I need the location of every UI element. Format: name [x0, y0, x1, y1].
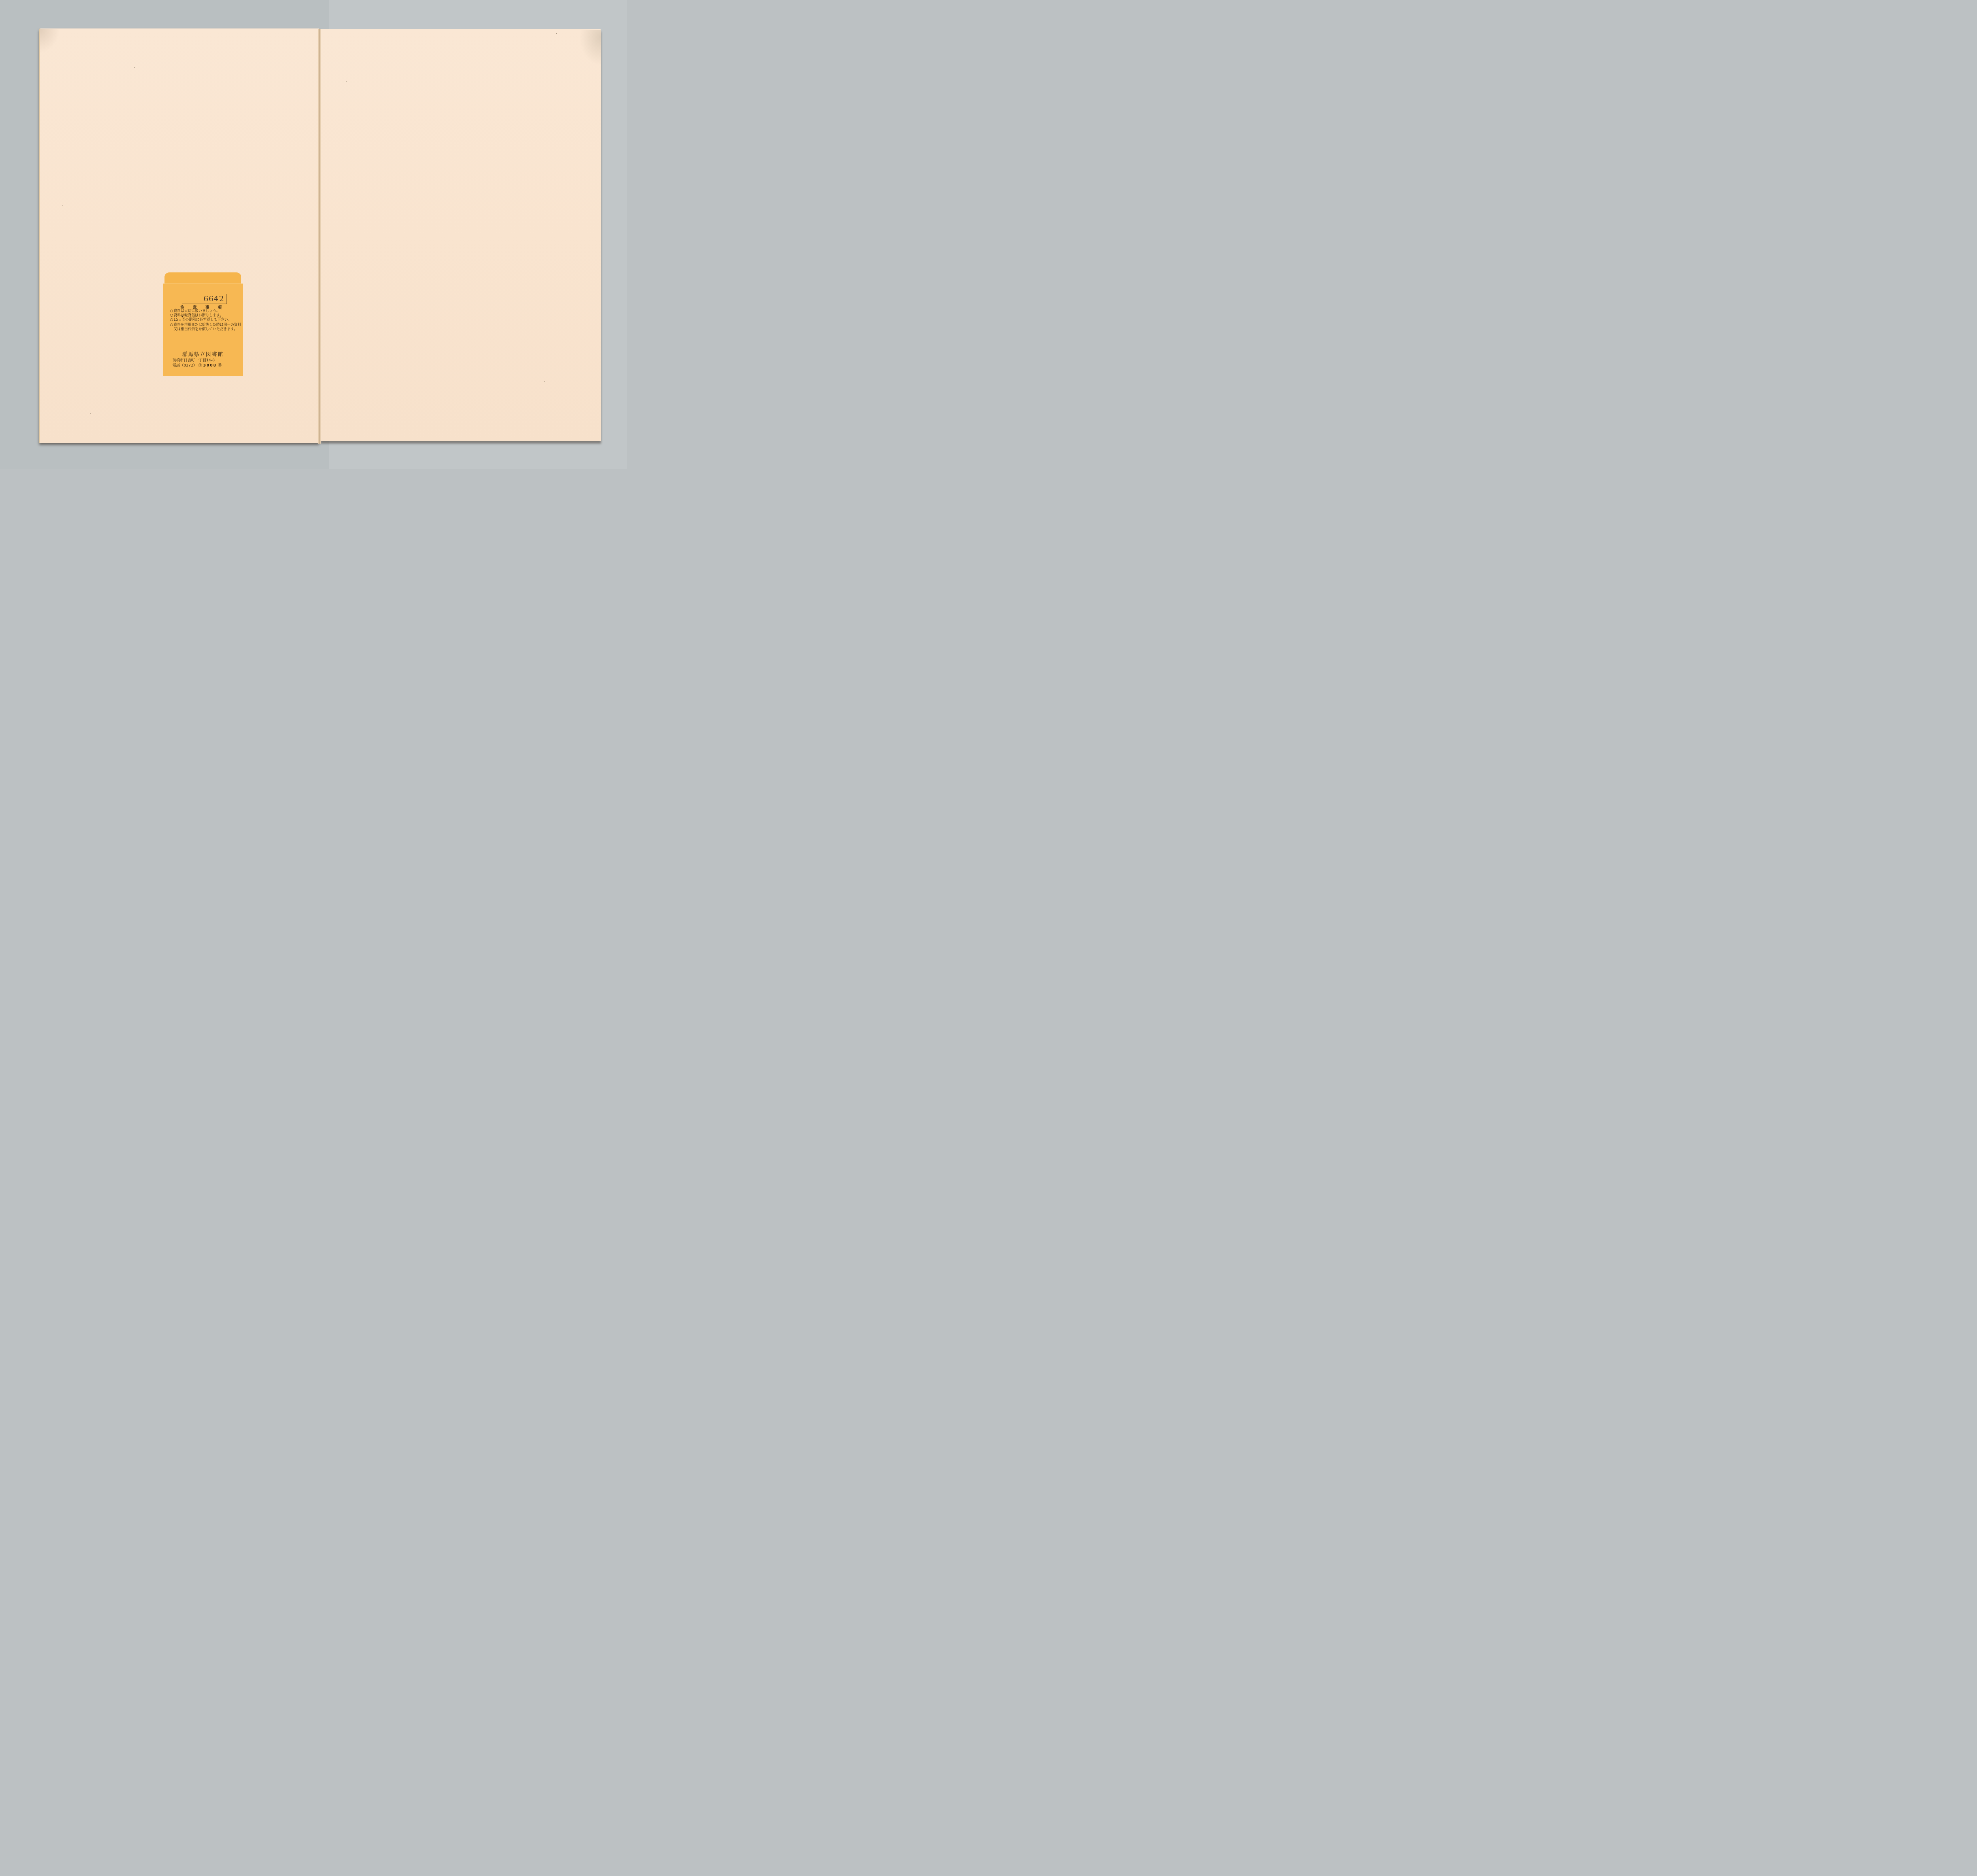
left-page	[39, 28, 319, 443]
paper-speck	[62, 205, 63, 206]
paper-speck	[556, 33, 557, 34]
library-address: 前橋市日吉町一丁目14-8	[172, 357, 215, 363]
rule-item: ○ 資料は大切に扱いましょう。	[170, 309, 241, 314]
book-gutter	[318, 29, 321, 444]
paper-speck	[90, 413, 91, 414]
circle-bullet-icon: ○	[170, 314, 174, 318]
paper-speck	[544, 381, 545, 382]
library-card-pocket: 6642 注 意 事 項 ○ 資料は大切に扱いましょう。 ○ 資料は転貸借はお断…	[163, 272, 243, 376]
paper-speck	[134, 67, 135, 68]
library-name: 群馬県立図書館	[163, 350, 243, 357]
call-number: 6642	[204, 295, 224, 303]
circle-bullet-icon: ○	[170, 318, 174, 322]
rule-item: ○ 資料を汚損または紛失した時は同一の資料又は相当代価を弁償していただきます。	[170, 323, 241, 332]
corner-crease-top-right	[579, 30, 601, 66]
circle-bullet-icon: ○	[170, 309, 174, 314]
rule-item: ○ 15日間の期限に必ず返して下さい。	[170, 318, 241, 322]
paper-speck	[346, 81, 347, 82]
library-phone: 電話（0272） ㉛ 3008 番	[172, 362, 222, 368]
corner-crease-top-left	[40, 29, 60, 53]
call-number-box: 6642	[182, 294, 227, 304]
rule-item: ○ 資料は転貸借はお断りします。	[170, 314, 241, 318]
circle-bullet-icon: ○	[170, 323, 174, 332]
rules-list: ○ 資料は大切に扱いましょう。 ○ 資料は転貸借はお断りします。 ○ 15日間の…	[170, 309, 241, 332]
right-page	[321, 29, 601, 441]
